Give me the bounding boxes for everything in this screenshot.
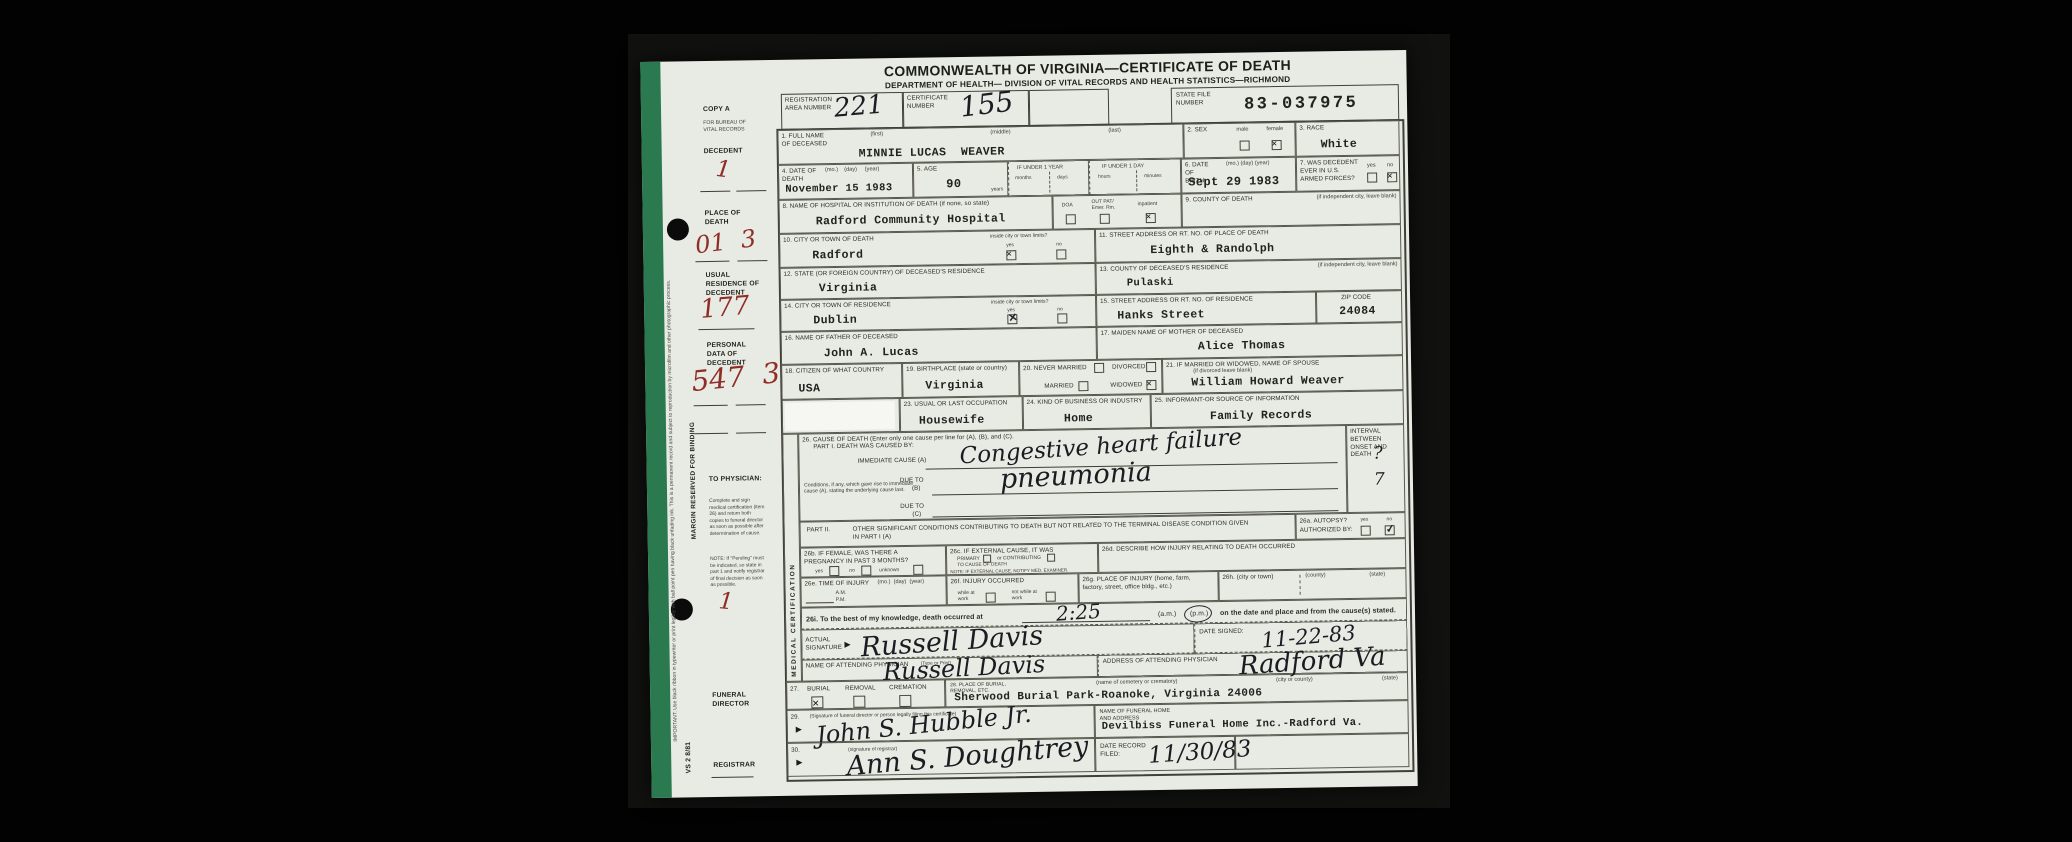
birthplace-label: 19. BIRTHPLACE (state or country) <box>906 364 1007 373</box>
state-hint: (state) <box>1382 675 1398 682</box>
city-of-death-limits-q: inside city or town limits? <box>990 233 1047 240</box>
sex-male-label: male <box>1236 127 1248 134</box>
field-industry: 24. KIND OF BUSINESS OR INDUSTRY Home <box>1023 394 1152 430</box>
state-of-residence-value: Virginia <box>819 281 878 295</box>
sex-female-label: female <box>1266 126 1283 133</box>
medical-certification-label: MEDICAL CERTIFICATION <box>787 441 798 677</box>
field-city-of-residence: 14. CITY OR TOWN OF RESIDENCE inside cit… <box>780 295 1096 332</box>
interval-a-value: ? <box>1373 443 1382 463</box>
injury-description-label: 26d. DESCRIBE HOW INJURY RELATING TO DEA… <box>1102 543 1295 554</box>
under-1-year-days: days <box>1057 174 1068 180</box>
time-of-injury-label: 26e. TIME OF INJURY <box>804 580 869 589</box>
field-county-of-residence: 13. COUNTY OF DECEASED'S RESIDENCE (if i… <box>1095 258 1401 295</box>
outpatient-checkbox <box>1100 214 1110 224</box>
am-option: (a.m.) <box>1158 611 1176 620</box>
age-label: 5. AGE <box>917 165 937 173</box>
spouse-hint: (if divorced leave blank) <box>1193 367 1252 375</box>
doa-label: DOA <box>1062 202 1073 208</box>
sex-female-checkbox: ✕ <box>1272 140 1282 150</box>
city-limits-no-checkbox <box>1056 249 1066 259</box>
city-of-death-value: Radford <box>812 249 863 263</box>
occupation-value: Housewife <box>919 414 985 428</box>
field-funeral-home: NAME OF FUNERAL HOME AND ADDRESS Devilbi… <box>1094 700 1408 738</box>
injury-occurred-label: 26f. INJURY OCCURRED <box>950 577 1024 586</box>
pm-option: (p.m.) <box>1190 610 1208 619</box>
divorced-checkbox <box>1146 362 1156 372</box>
under-1-day-hours: hours <box>1098 174 1111 180</box>
margin-code-physician: 1 <box>718 588 735 615</box>
armed-forces-yes-label: yes <box>1367 163 1376 170</box>
field-hospital: 8. NAME OF HOSPITAL OR INSTITUTION OF DE… <box>778 196 1053 234</box>
certificate-number-value: 155 <box>958 85 1015 124</box>
county-of-residence-value: Pulaski <box>1127 277 1174 290</box>
field-birthplace: 19. BIRTHPLACE (state or country) Virgin… <box>902 361 1020 398</box>
form-code: VS 2 8/81 <box>683 689 695 773</box>
scanned-document-view: IMPORTANT: Use black ribbon in typewrite… <box>0 0 2072 842</box>
margin-code-residence: 177 <box>699 291 751 325</box>
armed-forces-label: 7. WAS DECEDENT EVER IN U.S. ARMED FORCE… <box>1300 159 1360 183</box>
birthplace-value: Virginia <box>925 379 984 393</box>
section-funeral-director: FUNERAL DIRECTOR <box>712 690 756 709</box>
am-label: A.M. <box>836 590 847 596</box>
pregnancy-unknown-checkbox <box>913 565 923 575</box>
field-informant: 25. INFORMANT-OR SOURCE OF INFORMATION F… <box>1151 390 1405 428</box>
registration-area-value: 221 <box>833 90 885 124</box>
under-1-day-minutes: minutes <box>1144 173 1162 179</box>
state-of-residence-label: 12. STATE (OR FOREIGN COUNTRY) OF DECEAS… <box>784 268 985 279</box>
date-of-death-label: 4. DATE OF DEATH <box>782 167 824 183</box>
informant-label: 25. INFORMANT-OR SOURCE OF INFORMATION <box>1155 395 1300 405</box>
due-to-b-value: pneumonia <box>999 456 1152 495</box>
death-occurred-rest: on the date and place and from the cause… <box>1220 607 1396 619</box>
date-of-birth-value: Sept 29 1983 <box>1188 174 1279 189</box>
sex-label: 2. SEX <box>1187 126 1207 134</box>
due-to-c-label: DUE TO <box>900 503 924 511</box>
street-of-death-value: Eighth & Randolph <box>1150 242 1274 257</box>
married-label: MARRIED <box>1044 382 1073 390</box>
outpatient-label: OUT PAT/ Emer. Rm. <box>1091 199 1121 211</box>
disposition-number: 27. <box>790 686 799 694</box>
age-value: 90 <box>946 177 961 191</box>
zip-value: 24084 <box>1339 305 1376 319</box>
under-1-year-label: IF UNDER 1 YEAR <box>1017 164 1063 171</box>
hospital-value: Radford Community Hospital <box>816 212 1006 228</box>
pm-label: P.M. <box>836 597 846 603</box>
mother-name-value: Alice Thomas <box>1198 339 1286 353</box>
section-to-physician: TO PHYSICIAN: <box>709 474 762 484</box>
father-name-label: 16. NAME OF FATHER OF DECEASED <box>785 333 898 343</box>
time-of-injury-hint: (mo.) (day) (year) <box>877 579 924 586</box>
field-street-of-residence: 15. STREET ADDRESS OR RT. NO. OF RESIDEN… <box>1096 291 1316 326</box>
county-of-death-label: 9. COUNTY OF DEATH <box>1185 195 1252 204</box>
county-of-death-hint: (if independent city, leave blank) <box>1317 193 1397 201</box>
certificate-number-label: CERTIFICATE NUMBER <box>907 94 963 110</box>
state-file-label: STATE FILE NUMBER <box>1176 91 1220 107</box>
field-spouse-name: 21. IF MARRIED OR WIDOWED, NAME OF SPOUS… <box>1162 355 1404 394</box>
armed-forces-no-label: no <box>1387 162 1393 169</box>
field-date-of-birth: 6. DATE OF BIRTH (mo.) (day) (year) Sept… <box>1181 157 1297 194</box>
field-under-1-year: IF UNDER 1 YEAR months days <box>1008 160 1090 196</box>
armed-forces-yes-checkbox <box>1367 173 1377 183</box>
pregnancy-no-label: no <box>849 568 855 574</box>
pregnancy-label: 26b. IF FEMALE, WAS THERE A PREGNANCY IN… <box>804 549 924 566</box>
race-value: White <box>1321 138 1358 152</box>
place-of-injury-label: 26g. PLACE OF INJURY (home, farm, factor… <box>1082 574 1202 591</box>
full-name-value: MINNIE LUCAS WEAVER <box>859 145 1005 160</box>
immediate-cause-label: IMMEDIATE CAUSE (A) <box>858 457 927 466</box>
informant-value: Family Records <box>1210 409 1312 424</box>
county-of-residence-label: 13. COUNTY OF DECEASED'S RESIDENCE <box>1100 264 1229 274</box>
whiteout-patch <box>785 401 895 431</box>
registration-area-box: REGISTRATION AREA NUMBER 221 <box>781 92 904 130</box>
actual-signature-label: ACTUAL SIGNATURE <box>805 636 845 652</box>
mother-name-label: 17. MAIDEN NAME OF MOTHER OF DECEASED <box>1101 328 1244 338</box>
under-1-year-months: months <box>1015 175 1031 181</box>
field-mother-name: 17. MAIDEN NAME OF MOTHER OF DECEASED Al… <box>1096 322 1402 360</box>
part2-label: PART II. <box>807 526 831 534</box>
field-interval: INTERVAL BETWEEN ONSET AND DEATH ? 7 <box>1346 424 1405 513</box>
physician-address-label: ADDRESS OF ATTENDING PHYSICIAN <box>1103 656 1218 666</box>
field-city-of-death: 10. CITY OR TOWN OF DEATH inside city or… <box>779 229 1095 268</box>
field-age: 5. AGE 90 years <box>913 161 1009 197</box>
under-1-day-label: IF UNDER 1 DAY <box>1102 163 1144 170</box>
city-of-residence-value: Dublin <box>813 314 857 328</box>
field-injury-location: 26h. (city or town) (county) (state) <box>1218 568 1406 601</box>
burial-checkbox: ✕ <box>811 696 823 708</box>
date-of-death-value: November 15 1983 <box>785 182 892 196</box>
injury-state-label: (state) <box>1369 571 1385 578</box>
street-of-residence-value: Hanks Street <box>1117 308 1205 322</box>
industry-value: Home <box>1064 412 1093 425</box>
residence-limits-q: inside city or town limits? <box>991 299 1048 306</box>
street-of-death-label: 11. STREET ADDRESS OR RT. NO. OF PLACE O… <box>1099 229 1269 239</box>
field-date-of-death: 4. DATE OF DEATH (mo.) (day) (year) Nove… <box>778 163 914 200</box>
field-sex: 2. SEX male female ✕ <box>1183 122 1296 159</box>
state-file-box: STATE FILE NUMBER 83-037975 <box>1171 84 1400 124</box>
industry-label: 24. KIND OF BUSINESS OR INDUSTRY <box>1027 397 1143 407</box>
father-name-value: John A. Lucas <box>824 346 919 360</box>
field-time-of-injury: 26e. TIME OF INJURY (mo.) (day) (year) A… <box>800 575 946 607</box>
field-occupation: 23. USUAL OR LAST OCCUPATION Housewife <box>900 396 1024 432</box>
state-file-value: 83-037975 <box>1244 94 1359 115</box>
cemetery-hint: (name of cemetery or crematory) <box>1096 679 1178 687</box>
zip-label: ZIP CODE <box>1341 294 1371 302</box>
pregnancy-no-checkbox <box>861 565 871 575</box>
street-of-residence-label: 15. STREET ADDRESS OR RT. NO. OF RESIDEN… <box>1100 295 1253 305</box>
armed-forces-no-checkbox: ✕ <box>1387 172 1397 182</box>
not-while-at-work-checkbox <box>1046 592 1056 602</box>
certificate-number-box: CERTIFICATE NUMBER 155 <box>903 90 1030 128</box>
inpatient-label: inpatient <box>1138 201 1158 208</box>
field-cause-of-death: 26. CAUSE OF DEATH (Enter only one cause… <box>798 425 1347 522</box>
burial-label: BURIAL <box>807 685 830 693</box>
while-at-work-checkbox <box>986 593 996 603</box>
field-redacted <box>782 398 901 434</box>
married-checkbox <box>1078 381 1088 391</box>
death-time-value: 2:25 <box>1055 599 1101 626</box>
external-contributing-checkbox <box>1047 554 1055 562</box>
date-filed-label: DATE RECORD FILED: <box>1100 742 1152 758</box>
section-decedent: DECEDENT <box>704 146 743 156</box>
date-signed-label: DATE SIGNED: <box>1199 628 1244 636</box>
injury-city-label: 26h. (city or town) <box>1222 573 1273 582</box>
county-of-residence-hint: (if independent city, leave blank) <box>1318 261 1398 269</box>
interval-b-value: 7 <box>1374 469 1385 489</box>
field-physician-address: ADDRESS OF ATTENDING PHYSICIAN Radford V… <box>1098 650 1408 677</box>
sex-male-checkbox <box>1240 141 1250 151</box>
occupation-label: 23. USUAL OR LAST OCCUPATION <box>904 399 1008 408</box>
field-external-cause: 26c. IF EXTERNAL CAUSE, IT WAS PRIMARY o… <box>946 543 1098 575</box>
conditions-note: Conditions, if any, which gave rise to i… <box>804 481 922 495</box>
citizen-label: 18. CITIZEN OF WHAT COUNTRY <box>785 366 885 375</box>
registrar-number: 30. <box>791 747 800 755</box>
age-unit: years <box>991 186 1003 192</box>
signature-arrow-icon: ▶ <box>844 640 850 649</box>
field-county-of-death: 9. COUNTY OF DEATH (if independent city,… <box>1181 190 1401 227</box>
physician-note-1: Complete and sign medical certification … <box>709 498 766 539</box>
death-certificate: IMPORTANT: Use black ribbon in typewrite… <box>640 50 1417 798</box>
field-marital-status: 20. NEVER MARRIED DIVORCED MARRIED WIDOW… <box>1019 359 1163 396</box>
limits-no-label: no <box>1056 241 1062 247</box>
margin-code-personal: 547 3 <box>690 356 782 398</box>
pregnancy-unknown-label: unknown <box>879 567 899 573</box>
while-at-work-label: while at work <box>958 590 984 602</box>
autopsy-label2: AUTHORIZED BY: <box>1300 526 1353 535</box>
field-street-of-death: 11. STREET ADDRESS OR RT. NO. OF PLACE O… <box>1095 224 1401 263</box>
spouse-value: William Howard Weaver <box>1191 374 1345 389</box>
registrar-arrow-icon: ▶ <box>796 758 802 767</box>
cause-part1-label: PART I. DEATH WAS CAUSED BY: <box>813 442 914 451</box>
death-occurred-label: 26i. To the best of my knowledge, death … <box>806 614 983 626</box>
autopsy-yes-checkbox <box>1361 526 1371 536</box>
race-label: 3. RACE <box>1299 124 1324 132</box>
part2-text: OTHER SIGNIFICANT CONDITIONS CONTRIBUTIN… <box>853 520 1253 542</box>
residence-limits-no-label: no <box>1057 306 1063 312</box>
autopsy-label: 26a. AUTOPSY? <box>1300 517 1348 525</box>
margin-binding-label: MARGIN RESERVED FOR BINDING <box>687 303 702 539</box>
field-race: 3. RACE White <box>1295 120 1400 157</box>
full-name-label: 1. FULL NAME OF DECEASED <box>781 132 833 148</box>
not-while-at-work-label: not while at work <box>1012 589 1042 601</box>
autopsy-no-checkbox: ✓ <box>1385 525 1395 535</box>
citizen-value: USA <box>798 382 820 395</box>
hospital-label: 8. NAME OF HOSPITAL OR INSTITUTION OF DE… <box>782 200 989 211</box>
external-primary-label: PRIMARY <box>957 556 980 562</box>
residence-limits-no-checkbox <box>1057 313 1067 323</box>
margin-code-decedent: 1 <box>714 156 732 184</box>
field-autopsy: 26a. AUTOPSY? AUTHORIZED BY: yes no ✓ <box>1295 512 1405 540</box>
external-contributing-label: or CONTRIBUTING <box>997 555 1041 562</box>
due-to-c-line: (C) <box>912 511 921 519</box>
field-pregnancy: 26b. IF FEMALE, WAS THERE A PREGNANCY IN… <box>800 545 946 577</box>
funeral-director-number: 29. <box>791 714 800 722</box>
field-under-1-day: IF UNDER 1 DAY hours minutes <box>1089 159 1182 195</box>
field-admission-status: DOA OUT PAT/ Emer. Rm. inpatient ✕ <box>1052 194 1182 230</box>
section-registrar: REGISTRAR <box>713 760 755 770</box>
field-zip-code: ZIP CODE 24084 <box>1316 290 1402 323</box>
pregnancy-yes-label: yes <box>815 568 823 574</box>
widowed-label: WIDOWED <box>1110 381 1142 389</box>
field-father-name: 16. NAME OF FATHER OF DECEASED John A. L… <box>781 327 1097 365</box>
inpatient-checkbox: ✕ <box>1146 213 1156 223</box>
limits-yes-label: yes <box>1006 242 1014 248</box>
residence-limits-yes-checkbox: ✕ <box>1007 314 1017 324</box>
removal-checkbox <box>853 696 865 708</box>
hint-last: (last) <box>1108 128 1121 135</box>
field-registrar-signature: 30. ▶ (signature of registrar) Ann S. Do… <box>787 738 1095 777</box>
field-date-filed: DATE RECORD FILED: 11/30/83 <box>1095 736 1236 772</box>
field-injury-description: 26d. DESCRIBE HOW INJURY RELATING TO DEA… <box>1098 538 1406 573</box>
doa-checkbox <box>1066 214 1076 224</box>
never-married-label: 20. NEVER MARRIED <box>1023 364 1087 373</box>
injury-county-label: (county) <box>1305 572 1325 579</box>
date-of-birth-hint: (mo.) (day) (year) <box>1226 160 1270 167</box>
divorced-label: DIVORCED <box>1112 363 1146 371</box>
cremation-checkbox <box>899 695 911 707</box>
blank-box <box>1029 89 1110 126</box>
date-of-death-hint: (mo.) (day) (year) <box>825 166 879 174</box>
widowed-checkbox: ✕ <box>1146 380 1156 390</box>
city-of-death-label: 10. CITY OR TOWN OF DEATH <box>783 235 874 244</box>
physician-note-2: NOTE: If "Pending" must be indicated, so… <box>710 556 767 590</box>
copy-label: COPY A <box>703 105 730 115</box>
autopsy-yes-label: yes <box>1360 517 1368 523</box>
margin-code-place: 01 3 <box>694 224 758 259</box>
funeral-director-arrow-icon: ▶ <box>796 725 802 734</box>
city-limits-yes-checkbox: ✕ <box>1006 250 1016 260</box>
pregnancy-yes-checkbox <box>829 566 839 576</box>
field-state-of-residence: 12. STATE (OR FOREIGN COUNTRY) OF DECEAS… <box>780 263 1096 300</box>
hint-first: (first) <box>870 131 883 138</box>
hint-middle: (middle) <box>990 129 1010 136</box>
external-primary-checkbox <box>983 555 991 563</box>
field-citizen: 18. CITIZEN OF WHAT COUNTRY USA <box>781 363 903 400</box>
city-of-residence-label: 14. CITY OR TOWN OF RESIDENCE <box>784 301 891 310</box>
field-armed-forces: 7. WAS DECEDENT EVER IN U.S. ARMED FORCE… <box>1296 155 1401 192</box>
never-married-checkbox <box>1094 363 1104 373</box>
field-empty-box <box>1235 733 1410 770</box>
bureau-label: FOR BUREAU OF VITAL RECORDS <box>703 119 755 134</box>
removal-label: REMOVAL <box>845 684 876 692</box>
